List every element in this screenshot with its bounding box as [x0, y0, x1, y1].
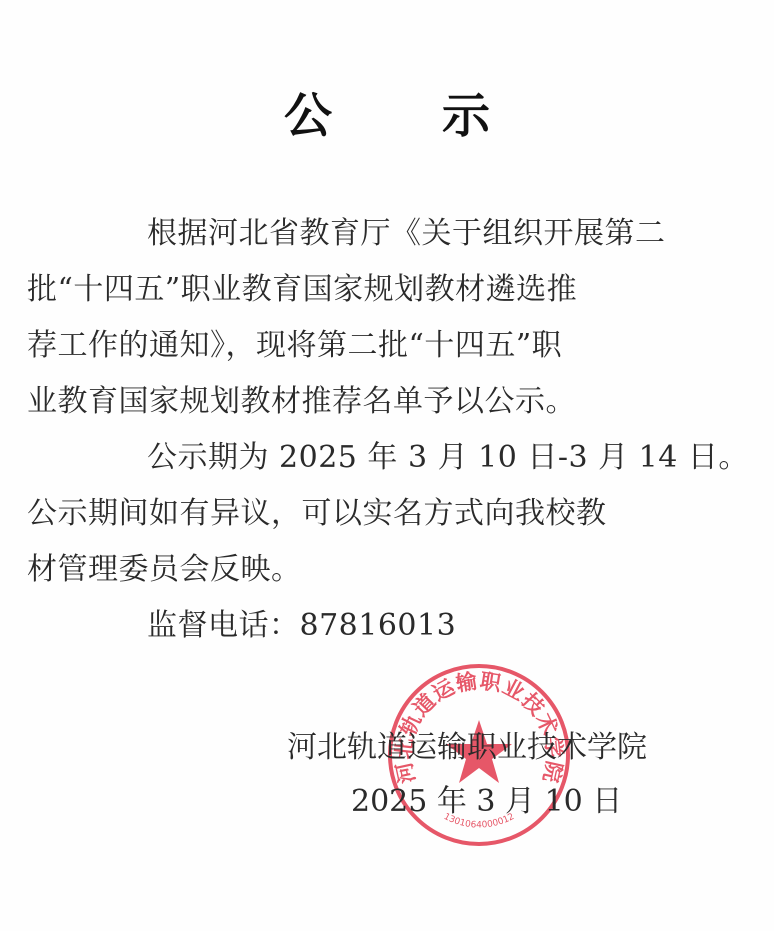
text-line: 荐工作的通知》，现将第二批“十四五”职 [27, 318, 687, 374]
supervision-phone: 监督电话：87816013 [87, 598, 687, 654]
paragraph-phone: 监督电话：87816013 [87, 598, 687, 654]
paragraph-intro: 根据河北省教育厅《关于组织开展第二 批“十四五”职业教育国家规划教材遴选推 荐工… [87, 206, 687, 430]
text-line: 公示期为 2025 年 3 月 10 日-3 月 14 日。 [87, 430, 687, 486]
page-title: 公示 [0, 86, 774, 146]
title-char: 示 [442, 86, 490, 146]
signature-organization: 河北轨道运输职业技术学院 [287, 720, 774, 776]
text-line: 公示期间如有异议，可以实名方式向我校教 [27, 486, 687, 542]
notice-body: 根据河北省教育厅《关于组织开展第二 批“十四五”职业教育国家规划教材遴选推 荐工… [87, 206, 687, 654]
text-line: 材管理委员会反映。 [27, 542, 687, 598]
paragraph-period: 公示期为 2025 年 3 月 10 日-3 月 14 日。 公示期间如有异议，… [87, 430, 687, 598]
text-line: 业教育国家规划教材推荐名单予以公示。 [27, 374, 687, 430]
signature-date: 2025 年 3 月 10 日 [351, 774, 774, 830]
text-line: 根据河北省教育厅《关于组织开展第二 [87, 206, 687, 262]
title-char: 公 [284, 86, 332, 146]
text-line: 批“十四五”职业教育国家规划教材遴选推 [27, 262, 687, 318]
